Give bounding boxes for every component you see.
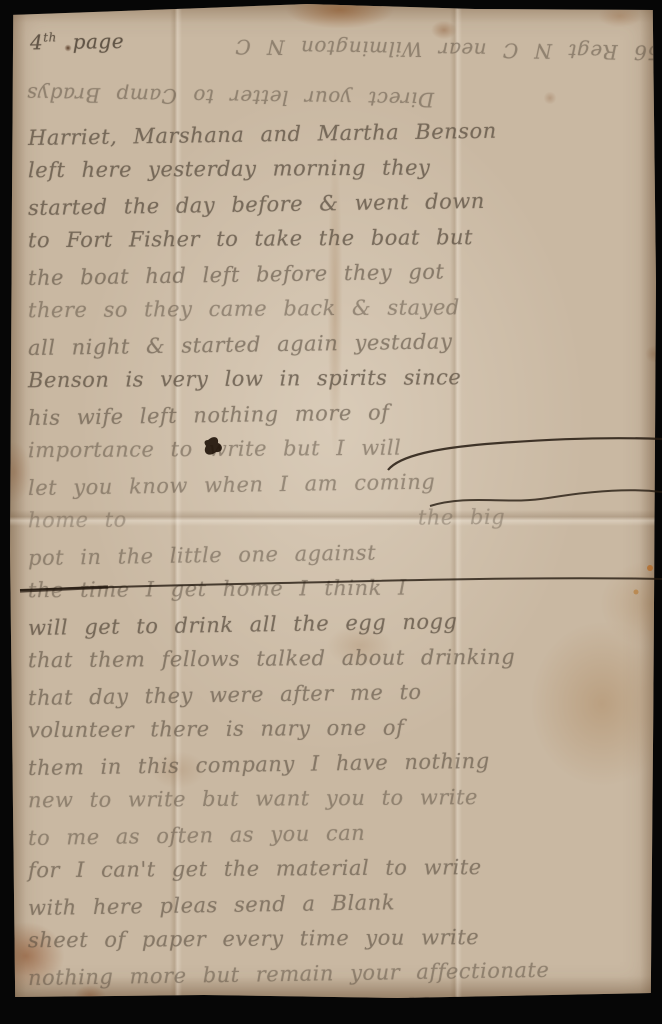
letter-paper: 4th page 56 Regt N C near Wilmington N C… [10,4,656,998]
letter-line: them in this company I have nothing [28,741,662,785]
letter-line: new to write but want you to write [28,779,662,817]
letter-line: the time I get home I think I [28,569,662,607]
letter-line: left here yesterday morning they [28,149,662,187]
letter-line: pot in the little one against [28,531,662,575]
letter-line: with here pleas send a Blank [28,881,662,925]
letter-line: to me as often as you can [28,811,662,855]
letter-line: for I can't get the material to write [28,849,662,887]
scanner-black-background: 4th page 56 Regt N C near Wilmington N C… [0,0,662,1024]
letter-line: that them fellows talked about drinking [28,639,662,677]
letter-line: started the day before & went down [28,181,662,225]
letter-line: Benson is very low in spirits since [28,359,662,397]
letter-line: let you know when I am coming [28,461,662,505]
page-number: 4 [30,30,44,54]
letter-line: volunteer there is nary one of [28,709,662,747]
page-number-label: 4th page [30,19,125,59]
letter-line: sheet of paper every time you write [28,919,662,957]
page-number-ordinal: th [43,30,57,44]
letter-line: all night & started again yestaday [28,321,662,365]
letter-line: Harriet, Marshana and Martha Benson [28,111,662,155]
inverted-address-line-1: 56 Regt N C near Wilmington N C [120,28,660,70]
letter-line: the boat had left before they got [28,251,662,295]
letter-line: his wife left nothing more of [28,391,662,435]
page-word: page [73,29,125,54]
signature-line: Brother G W Dewese to M C Dewese [28,987,662,1024]
letter-line: will get to drink all the egg nogg [28,601,662,645]
letter-line: home to the big [28,499,662,537]
letter-line: there so they came back & stayed [28,289,662,327]
letter-line: importance to write but I will [28,429,662,467]
inverted-address-line-2: Direct your letter to Camp Bradys [24,77,434,117]
letter-line: that day they were after me to [28,671,662,715]
letter-line: to Fort Fisher to take the boat but [28,219,662,257]
